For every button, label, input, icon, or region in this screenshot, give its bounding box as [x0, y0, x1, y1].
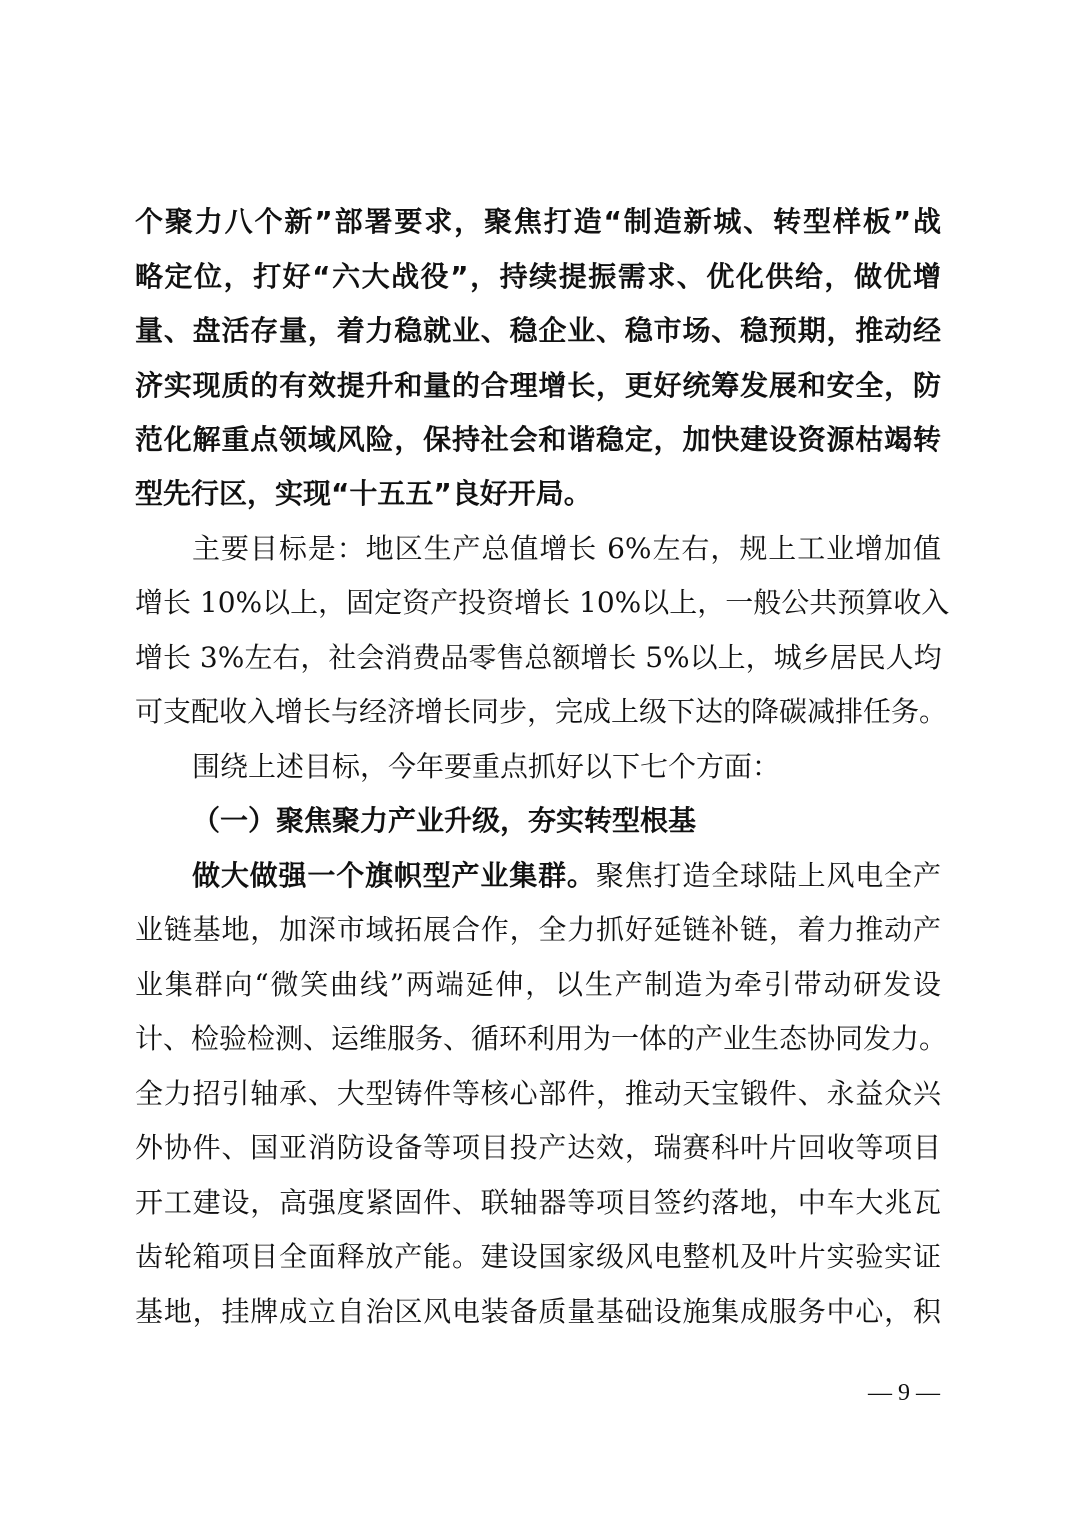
- paragraph-line: 型先行区，实现“十五五”良好开局。: [135, 474, 941, 514]
- paragraph-line: 计、检验检测、运维服务、循环利用为一体的产业生态协同发力。: [135, 1019, 941, 1059]
- paragraph-line: 量、盘活存量，着力稳就业、稳企业、稳市场、稳预期，推动经: [135, 311, 941, 351]
- paragraph-line: 基地，挂牌成立自治区风电装备质量基础设施集成服务中心，积: [135, 1292, 941, 1332]
- paragraph-line: 增长 3%左右，社会消费品零售总额增长 5%以上，城乡居民人均: [135, 638, 941, 678]
- paragraph-line: 主要目标是：地区生产总值增长 6%左右，规上工业增加值: [192, 529, 941, 569]
- paragraph-text: 聚焦打造全球陆上风电全产: [596, 859, 941, 892]
- paragraph-line: 开工建设，高强度紧固件、联轴器等项目签约落地，中车大兆瓦: [135, 1183, 941, 1223]
- paragraph-line: 范化解重点领域风险，保持社会和谐稳定，加快建设资源枯竭转: [135, 420, 941, 460]
- paragraph-line: 业链基地，加深市域拓展合作，全力抓好延链补链，着力推动产: [135, 910, 941, 950]
- section-heading: （一）聚焦聚力产业升级，夯实转型根基: [192, 801, 941, 841]
- paragraph-line: 齿轮箱项目全面释放产能。建设国家级风电整机及叶片实验实证: [135, 1237, 941, 1277]
- paragraph-line: 外协件、国亚消防设备等项目投产达效，瑞赛科叶片回收等项目: [135, 1128, 941, 1168]
- paragraph-line: 做大做强一个旗帜型产业集群。聚焦打造全球陆上风电全产: [192, 856, 941, 896]
- paragraph-line: 增长 10%以上，固定资产投资增长 10%以上，一般公共预算收入: [135, 583, 941, 623]
- paragraph-line: 业集群向“微笑曲线”两端延伸，以生产制造为牵引带动研发设: [135, 965, 941, 1005]
- paragraph-line: 可支配收入增长与经济增长同步，完成上级下达的降碳减排任务。: [135, 692, 941, 732]
- paragraph-lead: 做大做强一个旗帜型产业集群。: [192, 859, 596, 892]
- paragraph-line: 围绕上述目标，今年要重点抓好以下七个方面：: [192, 747, 941, 787]
- paragraph-line: 略定位，打好“六大战役”，持续提振需求、优化供给，做优增: [135, 257, 941, 297]
- paragraph-line: 全力招引轴承、大型铸件等核心部件，推动天宝锻件、永益众兴: [135, 1074, 941, 1114]
- document-page: 个聚力八个新”部署要求，聚焦打造“制造新城、转型样板”战 略定位，打好“六大战役…: [0, 0, 1074, 1520]
- page-number: — 9 —: [864, 1378, 944, 1408]
- paragraph-line: 济实现质的有效提升和量的合理增长，更好统筹发展和安全，防: [135, 366, 941, 406]
- paragraph-line: 个聚力八个新”部署要求，聚焦打造“制造新城、转型样板”战: [135, 202, 941, 242]
